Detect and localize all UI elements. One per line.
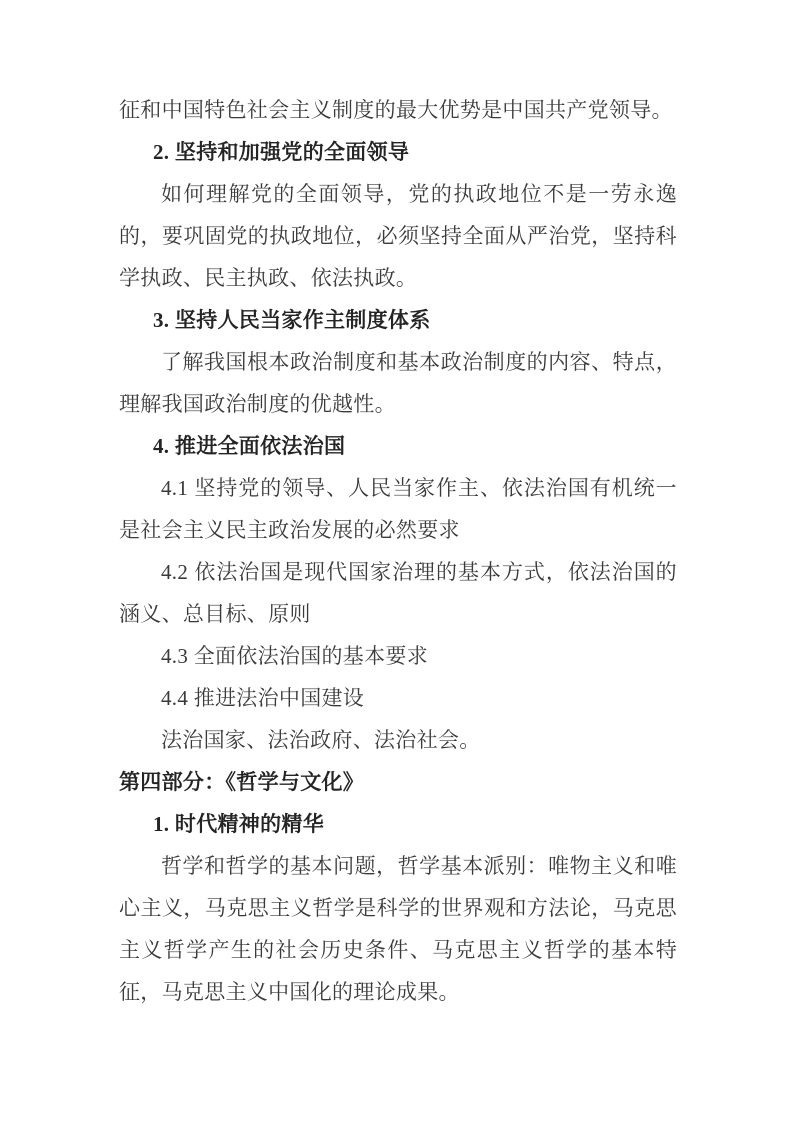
heading-1-essence-of-spirit-of-times: 1. 时代精神的精华: [119, 803, 677, 845]
heading-part-4-philosophy-and-culture: 第四部分：《哲学与文化》: [119, 761, 677, 803]
paragraph-item-4-1: 4.1 坚持党的领导、人民当家作主、依法治国有机统一是社会主义民主政治发展的必然…: [119, 467, 677, 551]
document-page: 征和中国特色社会主义制度的最大优势是中国共产党领导。 2. 坚持和加强党的全面领…: [0, 0, 794, 1123]
paragraph-item-4-2: 4.2 依法治国是现代国家治理的基本方式，依法治国的涵义、总目标、原则: [119, 551, 677, 635]
text-block: 征和中国特色社会主义制度的最大优势是中国共产党领导。 2. 坚持和加强党的全面领…: [119, 89, 677, 1013]
paragraph-item-4-4: 4.4 推进法治中国建设: [119, 677, 677, 719]
heading-3-people-as-masters-system: 3. 坚持人民当家作主制度体系: [119, 299, 677, 341]
paragraph-item-4-3: 4.3 全面依法治国的基本要求: [119, 635, 677, 677]
heading-2-uphold-party-leadership: 2. 坚持和加强党的全面领导: [119, 131, 677, 173]
paragraph-section-3-body: 了解我国根本政治制度和基本政治制度的内容、特点，理解我国政治制度的优越性。: [119, 341, 677, 425]
paragraph-section-1-body: 哲学和哲学的基本问题，哲学基本派别：唯物主义和唯心主义，马克思主义哲学是科学的世…: [119, 845, 677, 1013]
heading-4-law-based-governance: 4. 推进全面依法治国: [119, 425, 677, 467]
paragraph-section-2-body: 如何理解党的全面领导，党的执政地位不是一劳永逸的，要巩固党的执政地位，必须坚持全…: [119, 173, 677, 299]
paragraph-continuation: 征和中国特色社会主义制度的最大优势是中国共产党领导。: [119, 89, 677, 131]
paragraph-section-4-closing: 法治国家、法治政府、法治社会。: [119, 719, 677, 761]
